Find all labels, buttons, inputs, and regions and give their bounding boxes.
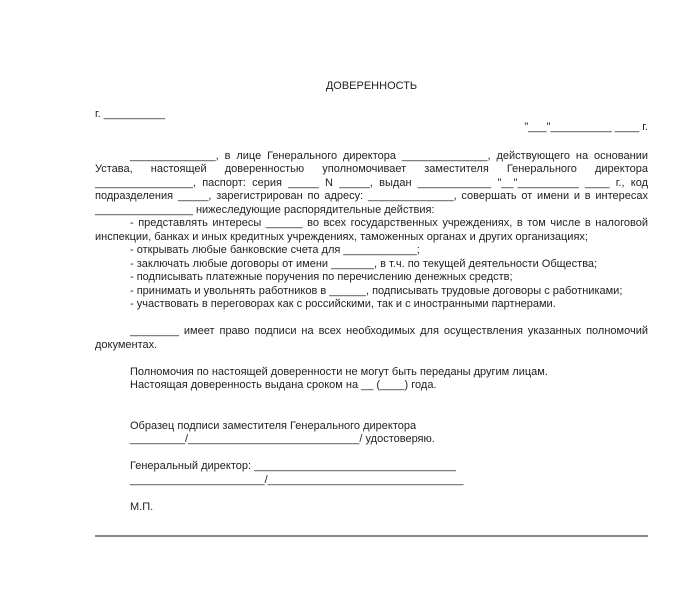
city-line: г. __________ bbox=[95, 108, 648, 122]
date-line: "___"__________ ____ г. bbox=[95, 121, 648, 135]
term-paragraph: Настоящая доверенность выдана сроком на … bbox=[95, 379, 648, 393]
power-item-open-accounts: - открывать любые банковские счета для _… bbox=[95, 244, 648, 258]
document-page: ДОВЕРЕННОСТЬ г. __________ "___"________… bbox=[0, 0, 700, 593]
power-item-sign-payment-orders: - подписывать платежные поручения по пер… bbox=[95, 271, 648, 285]
signature-right-paragraph: ________ имеет право подписи на всех нео… bbox=[95, 325, 648, 352]
document-content: ДОВЕРЕННОСТЬ г. __________ "___"________… bbox=[95, 0, 648, 537]
director-signature-label: Генеральный директор: __________________… bbox=[95, 460, 648, 474]
power-item-represent-interests: - представлять интересы ______ во всех г… bbox=[95, 217, 648, 244]
intro-paragraph: ______________, в лице Генерального дире… bbox=[95, 150, 648, 218]
power-item-conclude-contracts: - заключать любые договоры от имени ____… bbox=[95, 258, 648, 272]
document-title: ДОВЕРЕННОСТЬ bbox=[95, 80, 648, 94]
power-item-negotiations: - участвовать в переговорах как с россий… bbox=[95, 298, 648, 312]
power-item-hire-fire-employees: - принимать и увольнять работников в ___… bbox=[95, 285, 648, 299]
specimen-signature-heading: Образец подписи заместителя Генерального… bbox=[95, 420, 648, 434]
footer-divider-rule bbox=[95, 535, 648, 537]
specimen-signature-line: _________/____________________________/ … bbox=[95, 433, 648, 447]
director-signature-line: ______________________/_________________… bbox=[95, 474, 648, 488]
seal-mark: М.П. bbox=[95, 501, 648, 515]
non-transferable-paragraph: Полномочия по настоящей доверенности не … bbox=[95, 366, 648, 380]
